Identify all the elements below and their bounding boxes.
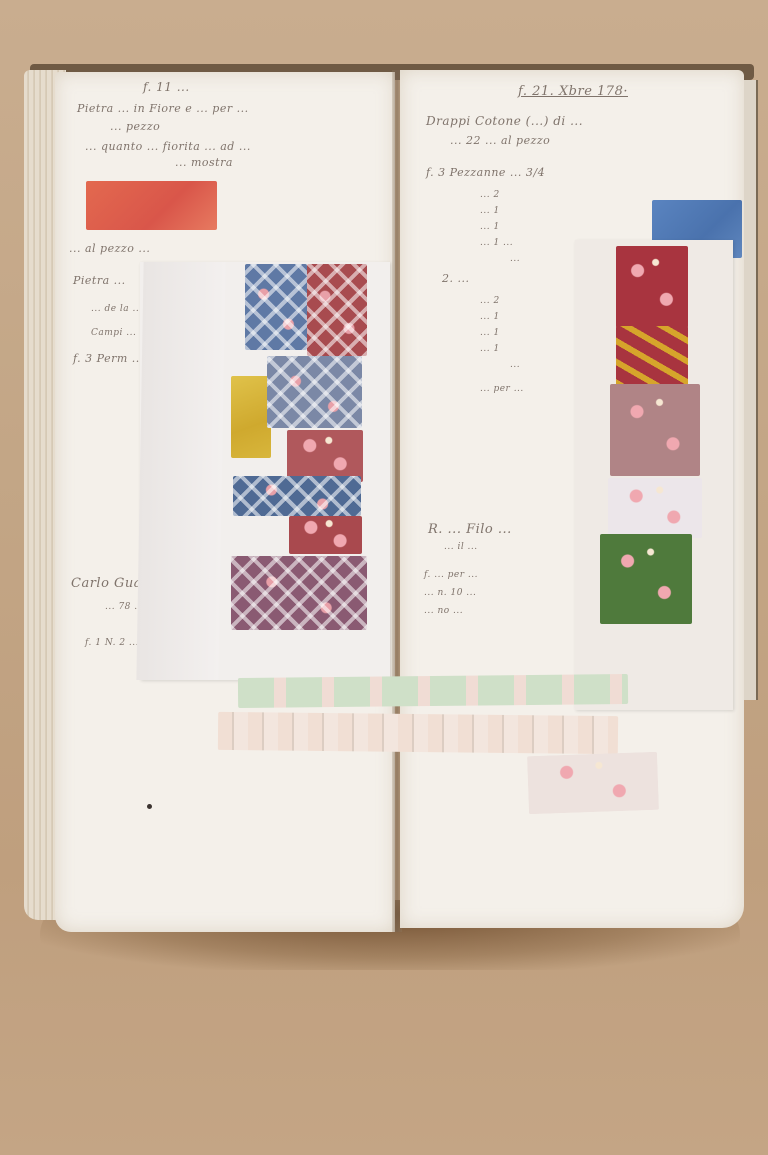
left-line-3: ... quanto ... fiorita ... ad ... xyxy=(85,140,251,153)
list2-item-1: ... 2 xyxy=(480,296,500,306)
list1-item-1: ... 2 xyxy=(480,190,500,200)
swatch-solid-red xyxy=(86,181,217,230)
right-lower-note-4: ... n. 10 ... xyxy=(424,588,476,598)
left-side-note-4: f. 3 Perm ... xyxy=(73,352,144,365)
left-page-header: f. 11 ... xyxy=(143,80,190,94)
left-side-note-2: ... de la ... xyxy=(91,304,143,314)
list1-item-3: ... 1 xyxy=(480,222,500,232)
right-lower-note-2: ... il ... xyxy=(444,542,478,552)
ribbon-green-pink xyxy=(238,674,628,708)
right-line-3: f. 3 Pezzanne ... 3/4 xyxy=(426,166,545,179)
right-lower-note-5: ... no ... xyxy=(424,606,463,616)
swatch-red-floral-small xyxy=(289,516,362,554)
left-note-under-red: ... al pezzo ... xyxy=(69,242,150,255)
ribbon-striped-floral xyxy=(218,712,618,754)
left-lower-note-3: f. 1 N. 2 ... xyxy=(85,638,139,648)
left-line-1: Pietra ... in Fiore e ... per ... xyxy=(77,102,249,115)
list2-item-3: ... 1 xyxy=(480,328,500,338)
right-line-1: Drappi Cotone (...) di ... xyxy=(426,114,583,128)
left-side-note-3: Campi ... xyxy=(91,328,136,338)
swatch-mustard-yellow xyxy=(231,376,271,458)
swatch-yellow-trellis-red xyxy=(616,326,688,386)
swatch-grey-blue-lattice xyxy=(267,356,362,428)
swatch-red-lattice-floral xyxy=(307,264,367,356)
swatch-white-pink-floral xyxy=(608,478,702,538)
ink-spot xyxy=(147,804,152,809)
list2-item-2: ... 1 xyxy=(480,312,500,322)
right-page-edge xyxy=(742,80,758,700)
swatch-red-blue-lattice-bottom xyxy=(231,556,367,630)
list2-total: ... xyxy=(510,360,520,370)
right-note: ... per ... xyxy=(480,384,524,394)
right-lower-note-1: R. ... Filo ... xyxy=(428,522,512,537)
swatch-red-pink-floral xyxy=(287,430,363,482)
left-swatch-card-fold xyxy=(136,262,225,680)
right-page-header: f. 21. Xbre 178· xyxy=(518,84,628,99)
swatch-blue-pink-dot xyxy=(233,476,361,516)
list2-item-4: ... 1 xyxy=(480,344,500,354)
swatch-small-floral-patch xyxy=(527,752,659,815)
left-line-2: ... pezzo xyxy=(110,120,160,133)
left-side-note-1: Pietra ... xyxy=(73,274,126,287)
list1-total: ... xyxy=(510,254,520,264)
swatch-mauve-floral xyxy=(610,384,700,476)
list1-item-2: ... 1 xyxy=(480,206,500,216)
left-line-4: ... mostra xyxy=(175,156,233,169)
subheading-2: 2. ... xyxy=(442,272,469,285)
right-lower-note-3: f. ... per ... xyxy=(424,570,478,580)
right-line-2: ... 22 ... al pezzo xyxy=(450,134,550,147)
swatch-crimson-floral xyxy=(616,246,688,328)
swatch-green-pink-floral xyxy=(600,534,692,624)
list1-item-4: ... 1 ... xyxy=(480,238,513,248)
swatch-blue-lattice-floral xyxy=(245,264,307,350)
